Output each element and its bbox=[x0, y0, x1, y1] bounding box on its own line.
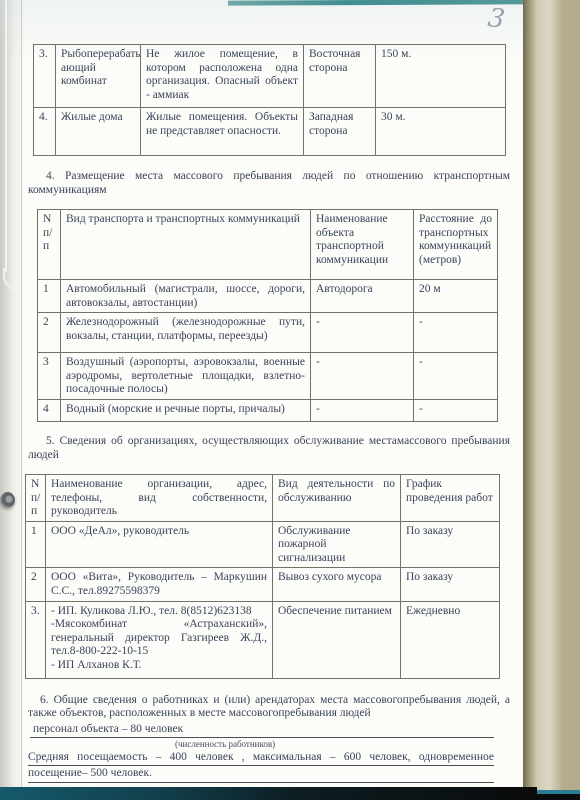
adjacent-objects-table: 3. Рыбоперерабатыв ающий комбинат Не жил… bbox=[33, 44, 506, 156]
cell-row-number: 3 bbox=[38, 353, 61, 400]
cell-activity: Обеспечение питанием bbox=[273, 601, 401, 678]
desk-background bbox=[523, 0, 580, 800]
cell-transport-type: Воздушный (аэропорты, аэровокзалы, военн… bbox=[61, 353, 311, 400]
cell-distance: 20 м bbox=[414, 280, 498, 313]
personnel-count-line: персонал объекта – 80 человек bbox=[30, 723, 494, 739]
table-header-row: N п/п Вид транспорта и транспортных комм… bbox=[38, 210, 498, 280]
attendance-line-1: Средняя посещаемость – 400 человек , мак… bbox=[28, 751, 494, 767]
header-transport-type: Вид транспорта и транспортных коммуникац… bbox=[61, 210, 311, 280]
cell-object-name: - bbox=[311, 313, 414, 353]
header-row-number: N п/п bbox=[26, 475, 46, 522]
service-organizations-table: N п/п Наименование организации, адрес, т… bbox=[25, 474, 500, 679]
transport-communications-table: N п/п Вид транспорта и транспортных комм… bbox=[37, 209, 498, 422]
cell-row-number: 2 bbox=[26, 568, 46, 601]
table-row: 3. - ИП. Куликова Л.Ю., тел. 8(8512)6231… bbox=[26, 601, 500, 678]
table-row: 1 Автомобильный (магистрали, шоссе, доро… bbox=[38, 280, 498, 313]
table-row: 3 Воздушный (аэропорты, аэровокзалы, вое… bbox=[38, 353, 498, 400]
cell-object-description: Жилые помещения. Объекты не представляет… bbox=[141, 108, 304, 156]
cell-object-side: Западная сторона bbox=[304, 108, 376, 156]
header-organization: Наименование организации, адрес, телефон… bbox=[46, 475, 273, 522]
cell-object-name: Автодорога bbox=[311, 280, 414, 313]
cell-transport-type: Водный (морские и речные порты, причалы) bbox=[61, 399, 311, 421]
section6-paragraph: 6. Общие сведения о работниках и (или) а… bbox=[28, 694, 510, 721]
cell-distance: - bbox=[414, 353, 498, 400]
document-content: 3. Рыбоперерабатыв ающий комбинат Не жил… bbox=[28, 36, 510, 783]
cell-schedule: По заказу bbox=[401, 521, 500, 568]
cell-row-number: 2 bbox=[38, 313, 61, 353]
table-row: 1 ООО «ДеАл», руководитель Обслуживание … bbox=[26, 521, 500, 568]
cell-row-number: 4. bbox=[34, 108, 56, 156]
personnel-count-caption: (численность работников) bbox=[175, 739, 510, 750]
cell-organization: - ИП. Куликова Л.Ю., тел. 8(8512)623138 … bbox=[46, 601, 273, 678]
cell-activity: Вывоз сухого мусора bbox=[273, 568, 401, 601]
cell-schedule: Ежедневно bbox=[401, 601, 500, 678]
cell-row-number: 4 bbox=[38, 399, 61, 421]
table-row: 3. Рыбоперерабатыв ающий комбинат Не жил… bbox=[34, 45, 506, 108]
table-row: 4. Жилые дома Жилые помещения. Объекты н… bbox=[34, 108, 506, 156]
attendance-line-2: посещение– 500 человек. bbox=[28, 767, 494, 783]
cell-row-number: 1 bbox=[38, 280, 61, 313]
book-cover-edge-bottom-right bbox=[537, 790, 580, 800]
cell-transport-type: Железнодорожный (железнодорожные пути, в… bbox=[61, 313, 311, 353]
header-activity: Вид деятельности по обслуживанию bbox=[273, 475, 401, 522]
table-row: 2 ООО «Вита», Руководитель – Маркушин С.… bbox=[26, 568, 500, 601]
cell-activity: Обслуживание пожарной сигнализации bbox=[273, 521, 401, 568]
section5-heading: 5. Сведения об организациях, осуществляю… bbox=[28, 435, 510, 462]
cell-object-distance: 150 м. bbox=[376, 45, 506, 108]
cell-object-name: - bbox=[311, 353, 414, 400]
cell-distance: - bbox=[414, 399, 498, 421]
cell-object-name: Рыбоперерабатыв ающий комбинат bbox=[56, 45, 141, 108]
book-cover-edge-bottom bbox=[0, 787, 537, 800]
cell-row-number: 3. bbox=[34, 45, 56, 108]
page-edge-line bbox=[21, 0, 22, 790]
cell-object-name: Жилые дома bbox=[56, 108, 141, 156]
cell-schedule: По заказу bbox=[401, 568, 500, 601]
cell-transport-type: Автомобильный (магистрали, шоссе, дороги… bbox=[61, 280, 311, 313]
binding-thread bbox=[5, 0, 7, 272]
binding-grommet bbox=[0, 492, 15, 508]
header-distance: Расстояние до транспортных коммуникаций … bbox=[414, 210, 498, 280]
cell-row-number: 1 bbox=[26, 521, 46, 568]
header-row-number: N п/п bbox=[38, 210, 61, 280]
cell-organization: ООО «ДеАл», руководитель bbox=[46, 521, 273, 568]
cell-organization: ООО «Вита», Руководитель – Маркушин С.С.… bbox=[46, 568, 273, 601]
scanned-document: 3 3. Рыбоперерабатыв ающий комбинат Не ж… bbox=[0, 0, 580, 800]
table-row: 2 Железнодорожный (железнодорожные пути,… bbox=[38, 313, 498, 353]
cell-object-side: Восточная сторона bbox=[304, 45, 376, 108]
table-header-row: N п/п Наименование организации, адрес, т… bbox=[26, 475, 500, 522]
cell-row-number: 3. bbox=[26, 601, 46, 678]
cell-distance: - bbox=[414, 313, 498, 353]
section4-heading: 4. Размещение места массового пребывания… bbox=[28, 170, 510, 197]
cell-object-description: Не жилое помещение, в котором расположен… bbox=[141, 45, 304, 108]
cell-object-distance: 30 м. bbox=[376, 108, 506, 156]
table-row: 4 Водный (морские и речные порты, причал… bbox=[38, 399, 498, 421]
header-schedule: График проведения работ bbox=[401, 475, 500, 522]
cell-object-name: - bbox=[311, 399, 414, 421]
header-object-name: Наименование объекта транспортной коммун… bbox=[311, 210, 414, 280]
